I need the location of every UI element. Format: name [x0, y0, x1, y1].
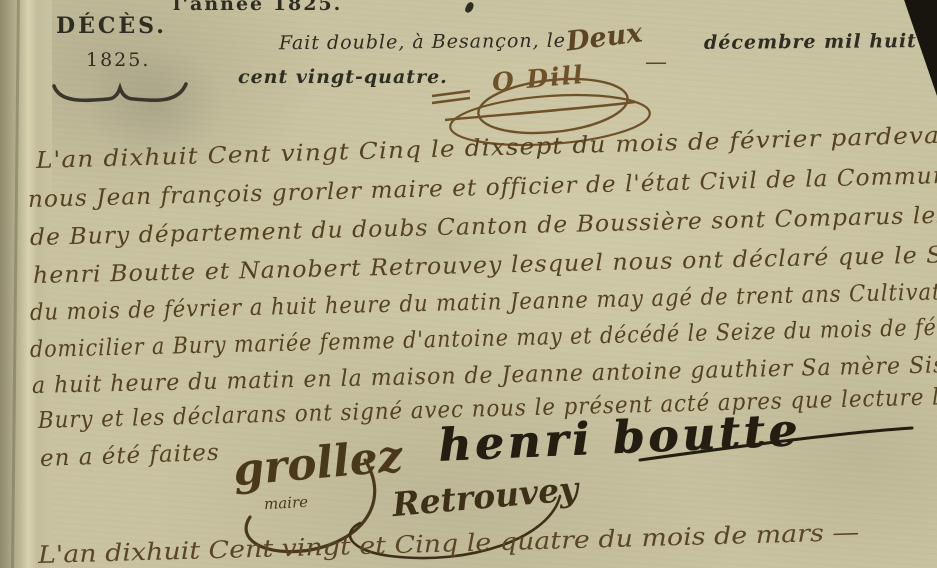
boutte-signature-underline: [600, 418, 920, 468]
fait-double-prefix: Fait double, à Besançon, le: [279, 30, 566, 55]
register-page-scan: l'année 1825. DÉCÈS. 1825. Fait double, …: [0, 0, 937, 568]
brace-decoration: [50, 79, 190, 109]
fait-double-suffix: décembre mil huit: [704, 30, 917, 54]
margin-label-year: 1825.: [86, 49, 150, 71]
printed-year-line: l'année 1825.: [173, 0, 342, 15]
act-line: en a été faites: [40, 440, 221, 472]
ink-speck: [464, 1, 475, 14]
fait-double-line2: cent vingt-quatre.: [238, 66, 448, 88]
handwritten-day: Deux: [564, 17, 644, 57]
margin-label-deces: DÉCÈS.: [56, 13, 167, 39]
